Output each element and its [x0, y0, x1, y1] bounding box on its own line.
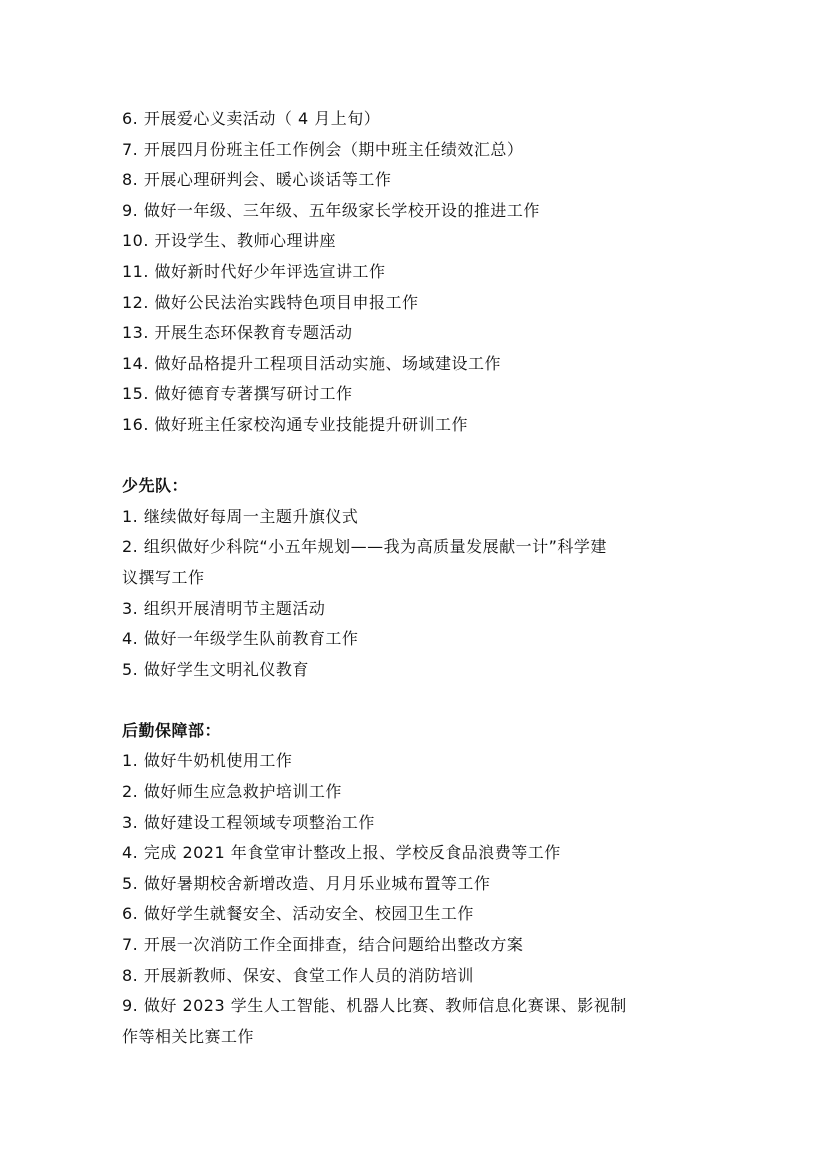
list-item: 14. 做好品格提升工程项目活动实施、场域建设工作 — [122, 349, 722, 380]
list-item: 1. 继续做好每周一主题升旗仪式 — [122, 502, 722, 533]
list-item: 5. 做好暑期校舍新增改造、月月乐业城布置等工作 — [122, 869, 722, 900]
list-item: 2. 组织做好少科院“小五年规划——我为高质量发展献一计”科学建 — [122, 532, 722, 563]
section-heading: 后勤保障部： — [122, 716, 722, 747]
list-item: 15. 做好德育专著撰写研讨工作 — [122, 379, 722, 410]
list-item: 10. 开设学生、教师心理讲座 — [122, 226, 722, 257]
list-item: 13. 开展生态环保教育专题活动 — [122, 318, 722, 349]
section-logistics: 后勤保障部： 1. 做好牛奶机使用工作 2. 做好师生应急救护培训工作 3. 做… — [122, 716, 722, 1053]
list-item: 16. 做好班主任家校沟通专业技能提升研训工作 — [122, 410, 722, 441]
section-heading: 少先队： — [122, 471, 722, 502]
list-item: 11. 做好新时代好少年评选宣讲工作 — [122, 257, 722, 288]
blank-line — [122, 685, 722, 716]
list-item: 7. 开展四月份班主任工作例会（期中班主任绩效汇总） — [122, 135, 722, 166]
document-page: 6. 开展爱心义卖活动（ 4 月上旬） 7. 开展四月份班主任工作例会（期中班主… — [122, 104, 722, 1052]
list-item: 9. 做好 2023 学生人工智能、机器人比赛、教师信息化赛课、影视制 — [122, 991, 722, 1022]
list-item: 3. 组织开展清明节主题活动 — [122, 594, 722, 625]
list-item: 6. 做好学生就餐安全、活动安全、校园卫生工作 — [122, 899, 722, 930]
list-item: 2. 做好师生应急救护培训工作 — [122, 777, 722, 808]
list-item-continuation: 作等相关比赛工作 — [122, 1022, 722, 1053]
list-item-continuation: 议撰写工作 — [122, 563, 722, 594]
list-item: 4. 做好一年级学生队前教育工作 — [122, 624, 722, 655]
list-item: 8. 开展新教师、保安、食堂工作人员的消防培训 — [122, 961, 722, 992]
list-item: 7. 开展一次消防工作全面排查，结合问题给出整改方案 — [122, 930, 722, 961]
list-item: 5. 做好学生文明礼仪教育 — [122, 655, 722, 686]
continued-list: 6. 开展爱心义卖活动（ 4 月上旬） 7. 开展四月份班主任工作例会（期中班主… — [122, 104, 722, 441]
list-item: 12. 做好公民法治实践特色项目申报工作 — [122, 288, 722, 319]
list-item: 8. 开展心理研判会、暖心谈话等工作 — [122, 165, 722, 196]
list-item: 3. 做好建设工程领域专项整治工作 — [122, 808, 722, 839]
list-item: 6. 开展爱心义卖活动（ 4 月上旬） — [122, 104, 722, 135]
section-young-pioneers: 少先队： 1. 继续做好每周一主题升旗仪式 2. 组织做好少科院“小五年规划——… — [122, 471, 722, 685]
list-item: 1. 做好牛奶机使用工作 — [122, 746, 722, 777]
list-item: 9. 做好一年级、三年级、五年级家长学校开设的推进工作 — [122, 196, 722, 227]
list-item: 4. 完成 2021 年食堂审计整改上报、学校反食品浪费等工作 — [122, 838, 722, 869]
blank-line — [122, 441, 722, 472]
